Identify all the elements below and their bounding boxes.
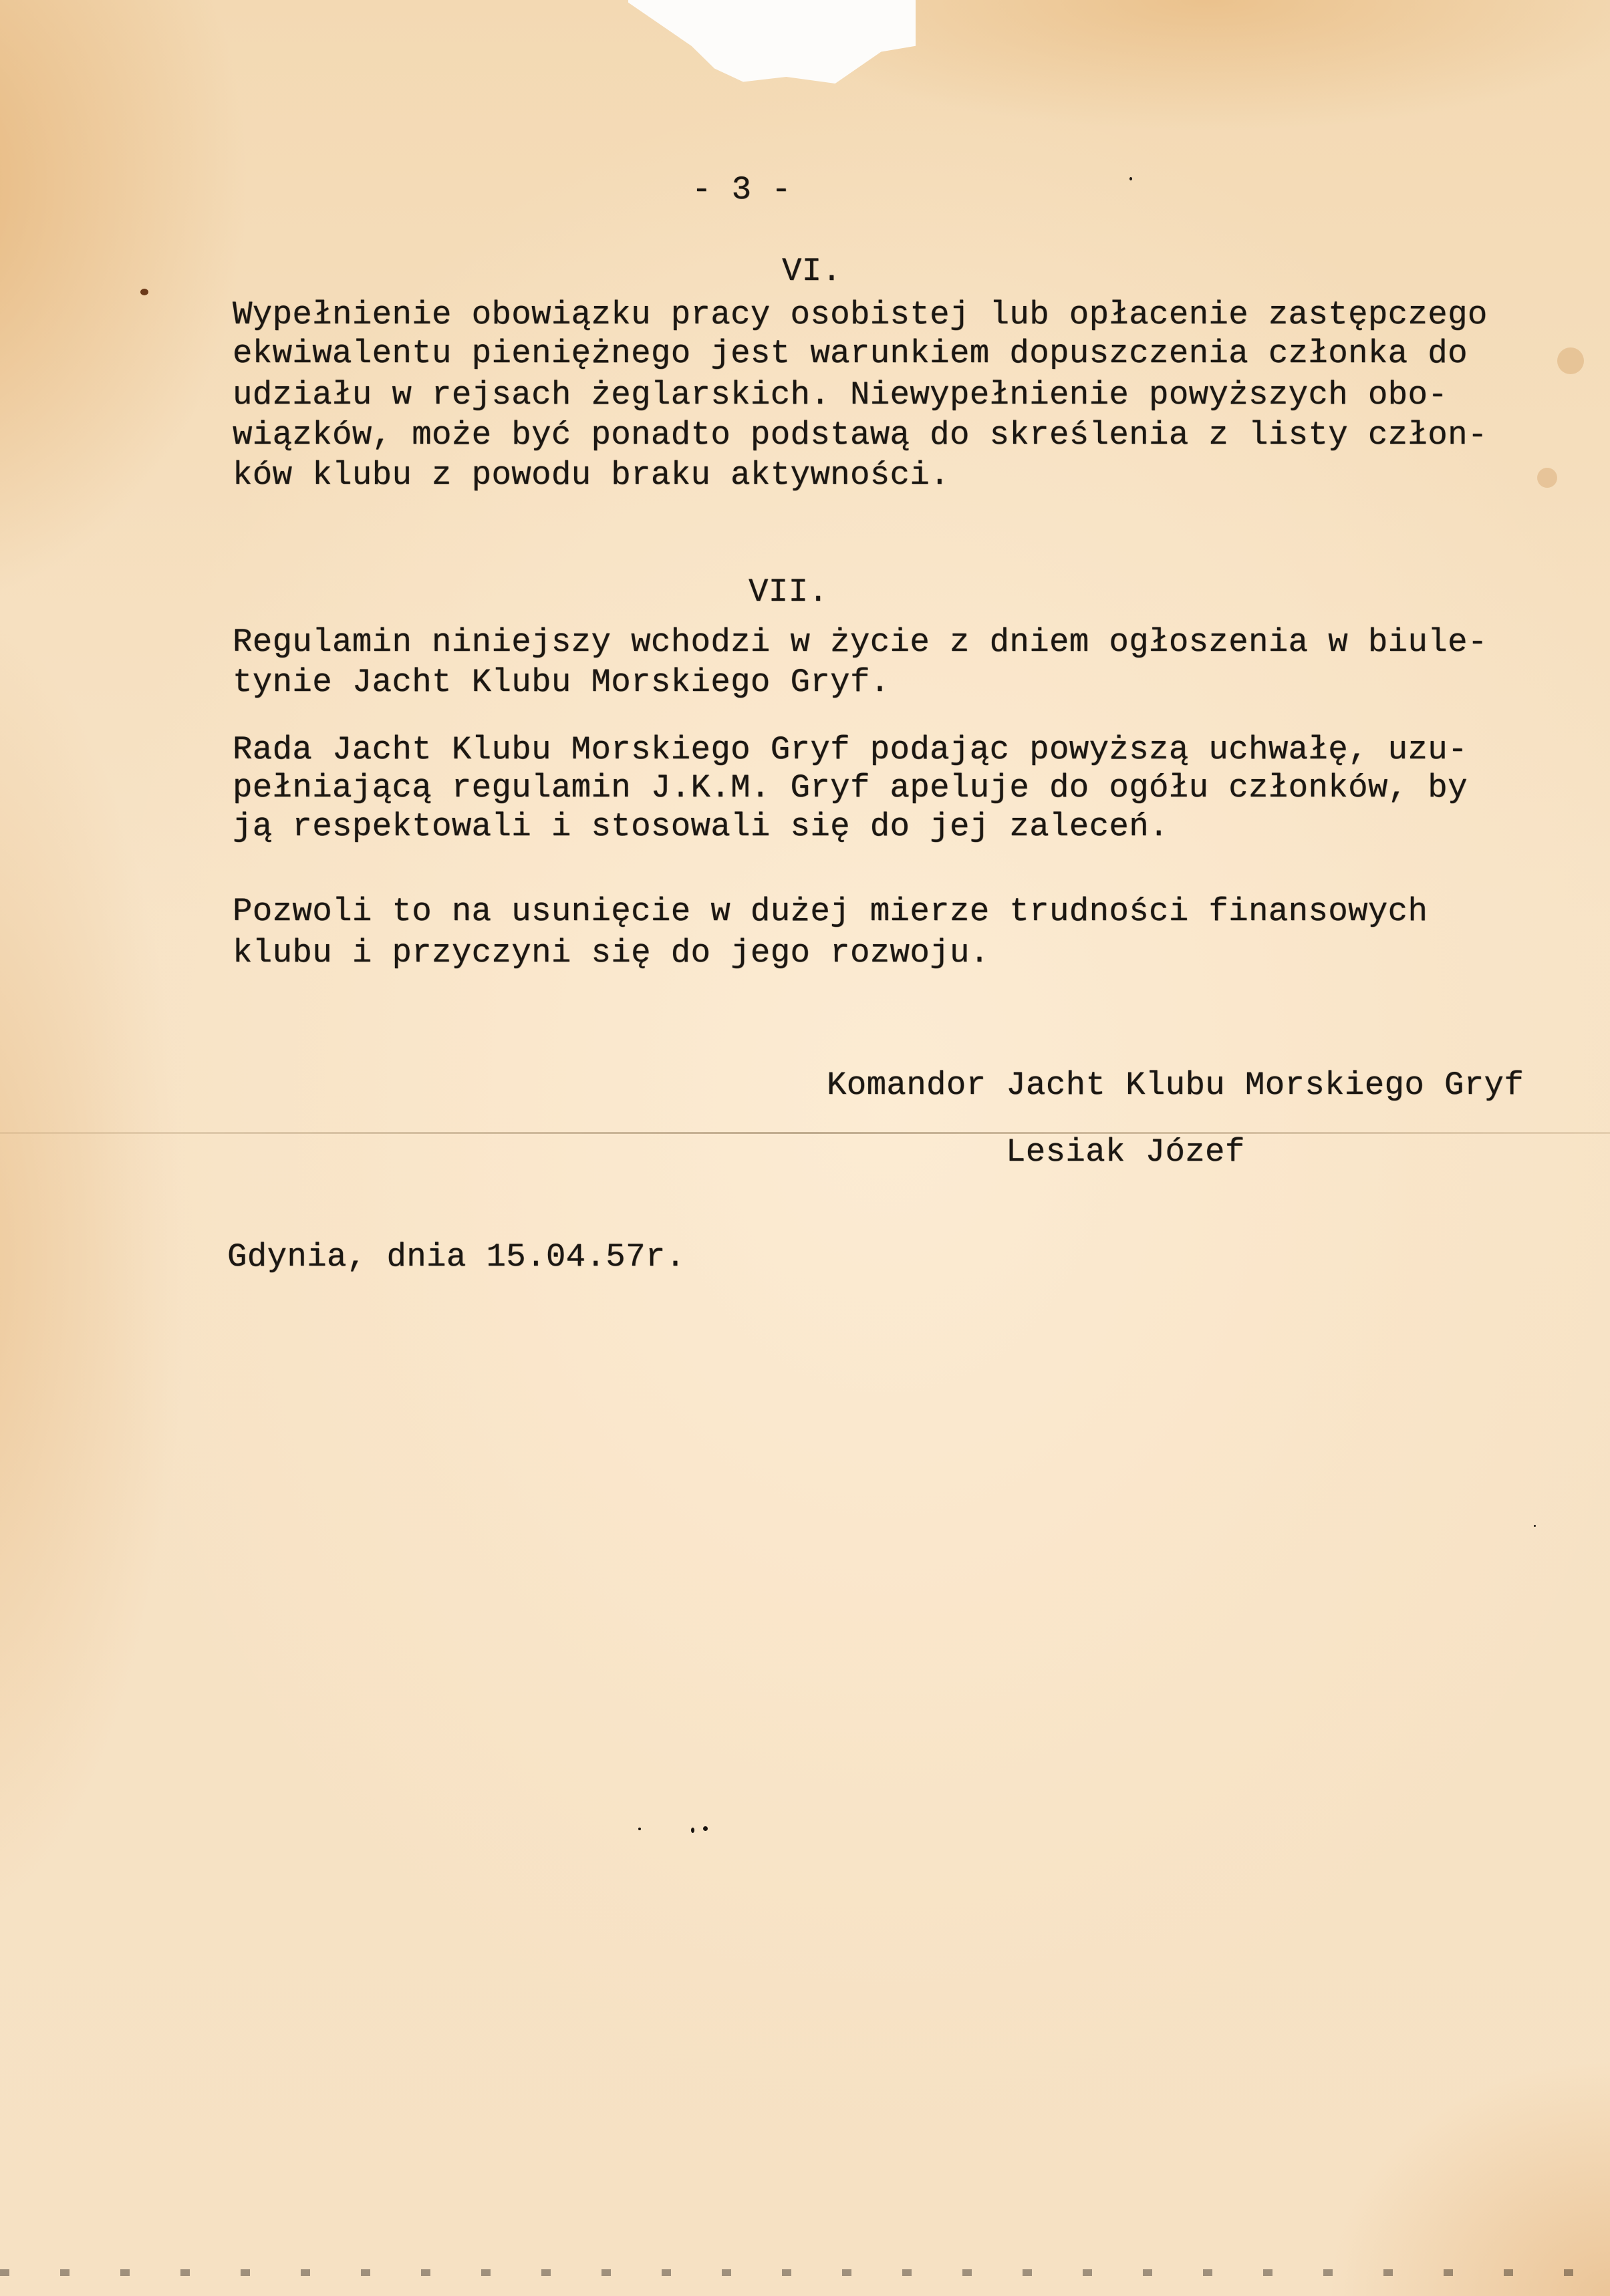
signature-title: Komandor Jacht Klubu Morskiego Gryf bbox=[827, 1069, 1524, 1102]
section-heading-vi: VI. bbox=[782, 255, 841, 288]
ink-stain bbox=[1557, 347, 1584, 374]
place-and-date: Gdynia, dnia 15.04.57r. bbox=[227, 1241, 686, 1274]
paper-speck bbox=[1534, 1525, 1536, 1527]
paper-speck bbox=[1129, 177, 1132, 180]
signature-name: Lesiak Józef bbox=[1006, 1136, 1245, 1169]
page-number: - 3 - bbox=[692, 174, 791, 206]
paper-fold-crease bbox=[0, 1132, 1610, 1134]
ink-stain bbox=[1537, 468, 1557, 488]
section-heading-vii: VII. bbox=[749, 576, 828, 609]
paper-speck bbox=[638, 1828, 641, 1830]
bottom-edge-marks bbox=[0, 2269, 1610, 2276]
paper-speck bbox=[703, 1826, 708, 1831]
paper-speck bbox=[140, 289, 148, 295]
paper-speck bbox=[691, 1828, 694, 1833]
